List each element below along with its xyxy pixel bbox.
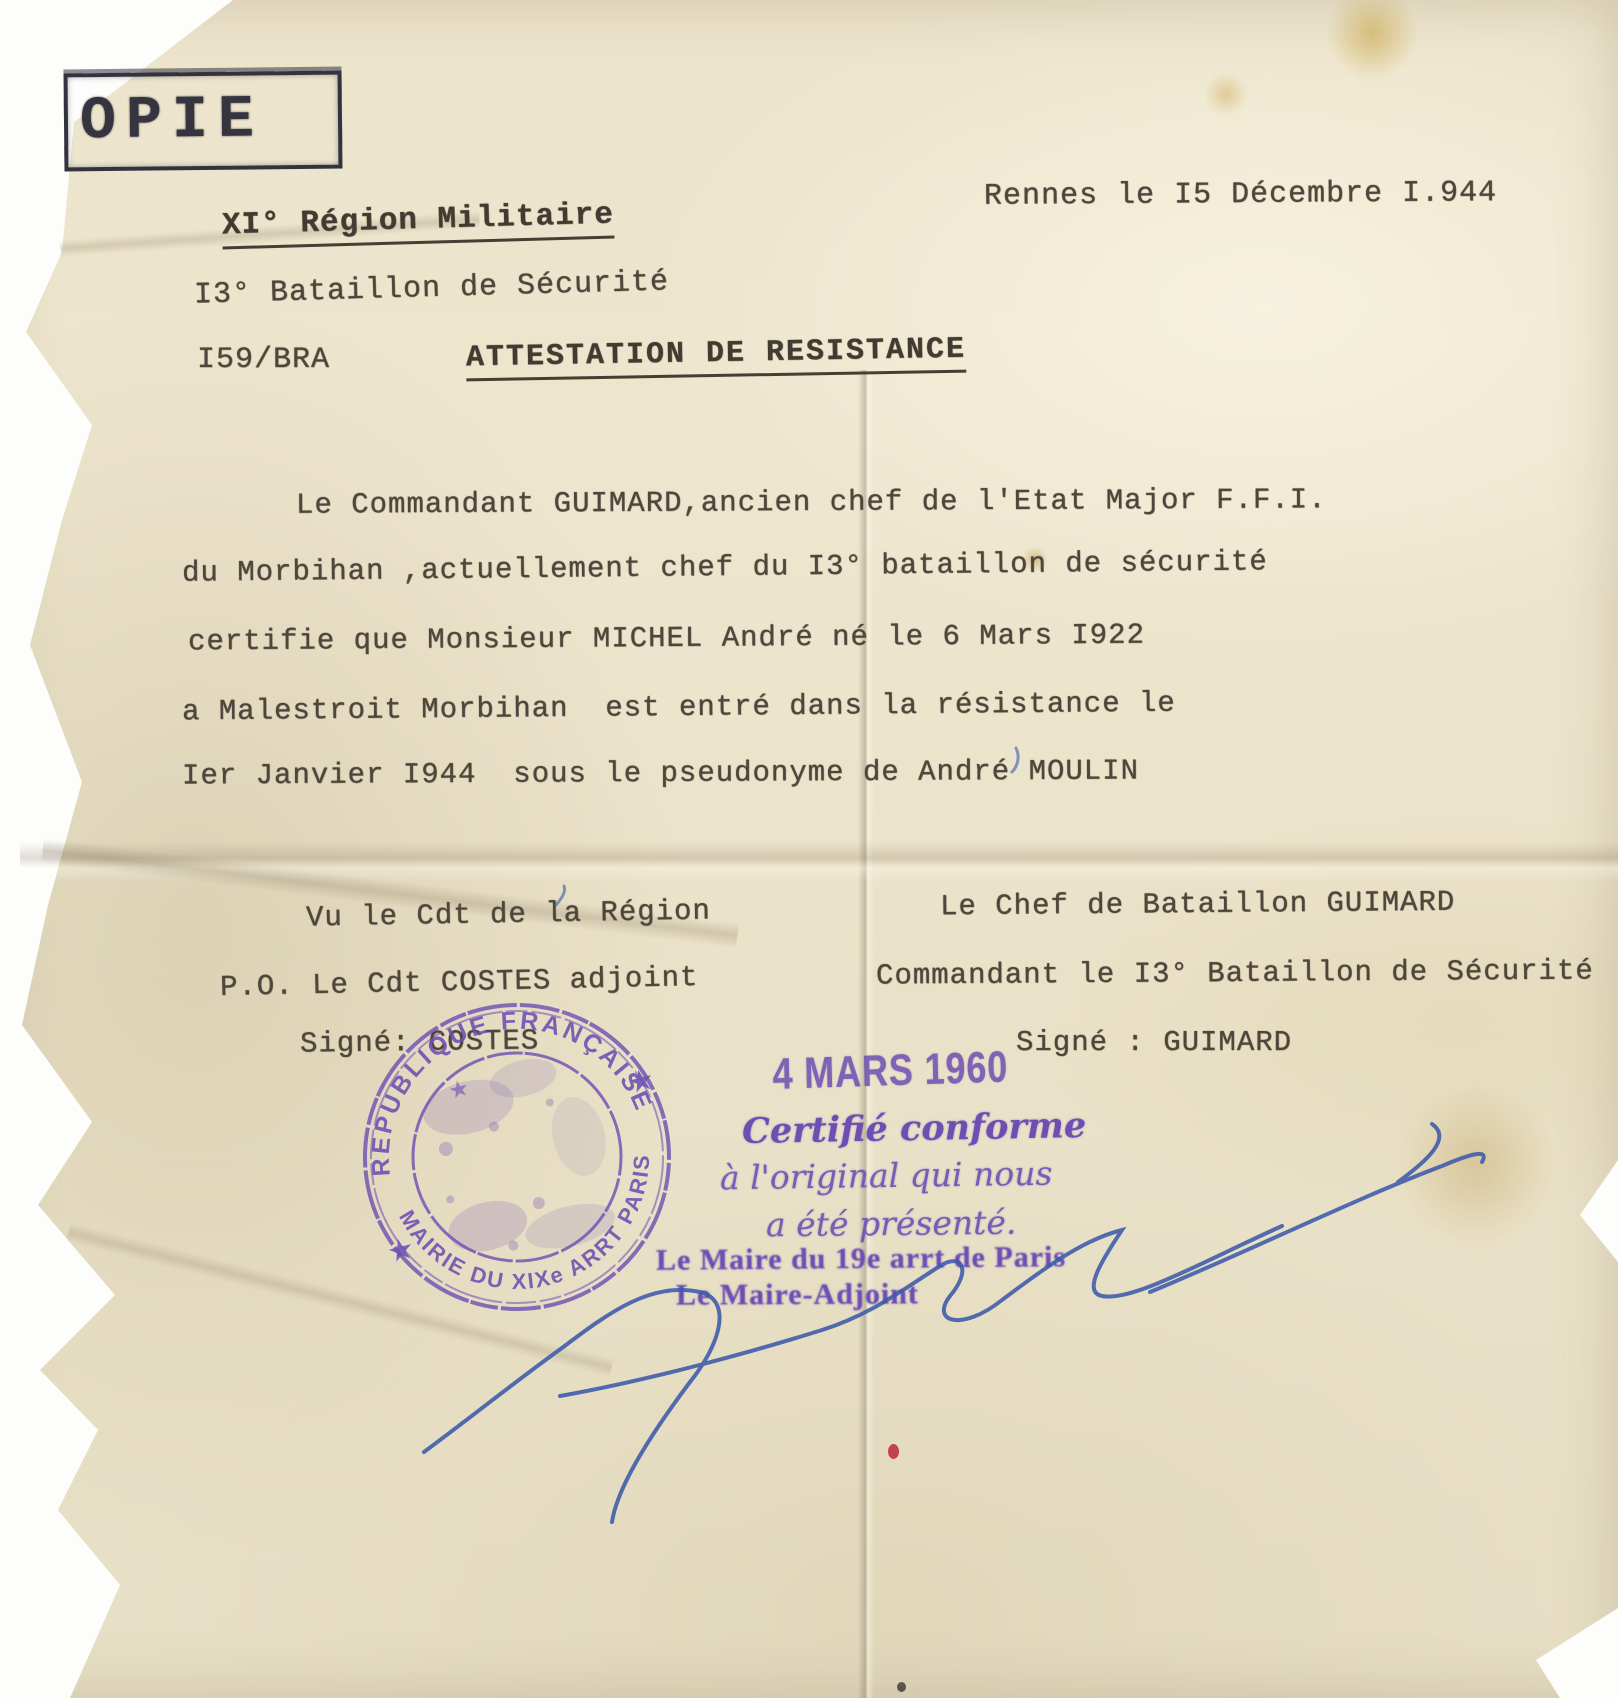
scanned-document: OPIE Rennes le I5 Décembre I.944 XI° Rég… <box>0 0 1618 1698</box>
handwritten-signature <box>0 0 1618 1698</box>
